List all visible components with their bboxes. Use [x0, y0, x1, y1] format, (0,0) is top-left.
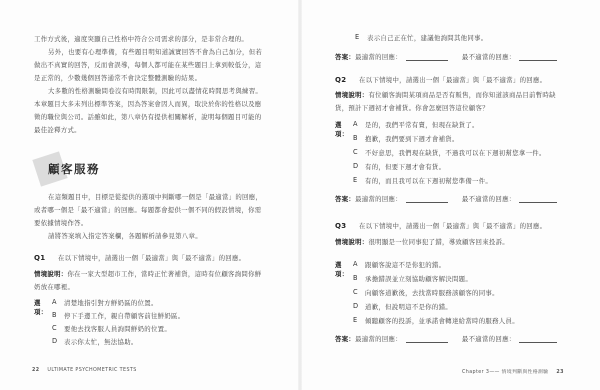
best-label: 最適當的回應：: [355, 194, 402, 203]
answer-label: 答案：: [335, 52, 355, 61]
best-label: 最適當的回應：: [355, 52, 402, 61]
q2-option-d: D 有的，但要下週才會有貨。: [353, 162, 445, 171]
q3-scenario-text: 很明顯是一位同事犯了錯，導致顧客回來投訴。: [368, 238, 509, 246]
option-text: 表示你太忙，無法協助。: [64, 337, 138, 346]
book-spread: 工作方式後，適度突顯自己性格中符合公司需求的部分，是非常合理的。 另外，也要有心…: [0, 0, 600, 390]
option-letter: B: [52, 311, 64, 320]
q3-option-e: E 傾聽顧客的投訴，並承諾會轉達給當時的服務人員。: [353, 316, 519, 325]
option-letter: D: [353, 162, 365, 171]
worst-answer-blank[interactable]: [519, 197, 557, 203]
option-text: 道歉，但說明這不是你的錯。: [365, 302, 452, 311]
q3-prompt: 在以下情境中，請選出一個「最適當」與「最不適當」的回應。: [359, 221, 546, 230]
q3-option-d: D 道歉，但說明這不是你的錯。: [353, 302, 452, 311]
q2-prompt-row: Q2 在以下情境中，請選出一個「最適當」與「最不適當」的回應。: [335, 75, 575, 84]
option-text: 抱歉，我們要到下週才會補貨。: [365, 134, 459, 143]
q2-scenario: 情境說明：有位顧客詢問某項商品是否有販售，而你知道該商品目前暫時缺貨，預計下週初…: [335, 89, 567, 115]
q3-option-b: B 承擔錯誤並立刻協助顧客解決問題。: [353, 274, 472, 283]
best-answer-blank[interactable]: [406, 197, 448, 203]
option-text: 不好意思，我們現在缺貨，不過我可以在下週初幫您拿一件。: [365, 148, 546, 157]
option-letter: C: [353, 148, 365, 157]
worst-label: 最不適當的回應：: [462, 52, 516, 61]
option-text: 有的，而且我可以在下週初幫您準備一件。: [365, 176, 492, 185]
running-title: ULTIMATE PSYCHOMETRIC TESTS: [47, 368, 136, 373]
page-number: 23: [556, 370, 563, 375]
section-title: 顧客服務: [48, 161, 100, 177]
left-footer: 22 ULTIMATE PSYCHOMETRIC TESTS: [32, 368, 137, 373]
intro-paragraph-3: 大多數的性格測驗問卷沒有時間限制，因此可以盡情花時間思考與練習。本章題目大多未列…: [34, 85, 266, 137]
q2-options-label: 選項：: [335, 120, 353, 138]
q2-answer-row: 答案： 最適當的回應： 最不適當的回應：: [335, 194, 557, 203]
q3-option-c: C 向顧客道歉後，去找當時服務該顧客的同事。: [353, 288, 499, 297]
q2-scenario-text: 有位顧客詢問某項商品是否有販售，而你知道該商品目前暫時缺貨，預計下週初才會補貨。…: [335, 91, 556, 112]
q1-prompt: 在以下情境中，請選出一個「最適當」與「最不適當」的回應。: [58, 253, 245, 262]
q2-option-b: B 抱歉，我們要到下週才會補貨。: [353, 134, 459, 143]
q3-scenario-label: 情境說明：: [335, 238, 368, 246]
right-page: E 表示自己正在忙，建議他詢問其他同事。 答案： 最適當的回應： 最不適當的回應…: [302, 0, 600, 390]
q1-prompt-row: Q1 在以下情境中，請選出一個「最適當」與「最不適當」的回應。: [34, 253, 274, 262]
q1-scenario-label: 情境說明：: [34, 270, 67, 278]
intro-paragraph-1: 工作方式後，適度突顯自己性格中符合公司需求的部分，是非常合理的。: [34, 33, 266, 46]
q1-option-d: D 表示你太忙，無法協助。: [52, 337, 138, 346]
option-letter: B: [353, 274, 365, 283]
q1-option-e: E 表示自己正在忙，建議他詢問其他同事。: [355, 33, 487, 42]
option-letter: E: [353, 316, 365, 325]
right-footer: Chapter 3—— 情境判斷與性格測驗 23: [462, 368, 570, 375]
q2-option-e: E 有的，而且我可以在下週初幫您準備一件。: [353, 176, 492, 185]
option-letter: D: [52, 337, 64, 346]
q1-option-b: B 停下手邊工作，親自帶顧客前往鮮奶區。: [52, 311, 184, 320]
option-letter: C: [353, 288, 365, 297]
worst-label: 最不適當的回應：: [462, 334, 516, 343]
q1-number: Q1: [34, 254, 58, 262]
best-answer-blank[interactable]: [406, 55, 448, 61]
q1-option-c: C 要他去找客服人員詢問鮮奶的位置。: [52, 324, 171, 333]
option-letter: D: [353, 302, 365, 311]
worst-answer-blank[interactable]: [519, 337, 557, 343]
q2-scenario-label: 情境說明：: [335, 91, 368, 99]
option-letter: C: [52, 324, 64, 333]
q3-options-label: 選項：: [335, 260, 353, 278]
q3-scenario: 情境說明：很明顯是一位同事犯了錯，導致顧客回來投訴。: [335, 236, 567, 249]
q1-options-label: 選項：: [34, 298, 52, 316]
option-letter: B: [353, 134, 365, 143]
page-number: 22: [32, 368, 39, 373]
option-letter: E: [353, 176, 365, 185]
q1-scenario-text: 你在一家大型超市工作，當時正忙著補貨，這時有位顧客詢問你鮮奶放在哪裡。: [34, 270, 261, 291]
option-letter: E: [355, 33, 367, 42]
answer-label: 答案：: [335, 194, 355, 203]
worst-label: 最不適當的回應：: [462, 194, 516, 203]
option-text: 承擔錯誤並立刻協助顧客解決問題。: [365, 274, 472, 283]
intro-paragraph-2: 另外，也要有心理準備，有些題目明知道誠實回答不會為自己加分，但若做出不真實的回答…: [34, 46, 266, 85]
option-text: 停下手邊工作，親自帶顧客前往鮮奶區。: [64, 311, 184, 320]
option-text: 傾聽顧客的投訴，並承諾會轉達給當時的服務人員。: [365, 316, 519, 325]
left-page: 工作方式後，適度突顯自己性格中符合公司需求的部分，是非常合理的。 另外，也要有心…: [0, 0, 298, 390]
answer-label: 答案：: [335, 334, 355, 343]
q1-answer-row: 答案： 最適當的回應： 最不適當的回應：: [335, 52, 557, 61]
running-title: Chapter 3—— 情境判斷與性格測驗: [462, 370, 548, 375]
q2-prompt: 在以下情境中，請選出一個「最適當」與「最不適當」的回應。: [359, 75, 546, 84]
section-heading: 顧客服務: [28, 155, 148, 195]
best-label: 最適當的回應：: [355, 334, 402, 343]
q1-scenario: 情境說明：你在一家大型超市工作，當時正忙著補貨，這時有位顧客詢問你鮮奶放在哪裡。: [34, 268, 266, 294]
section-paragraph-1: 在這類題目中，目標是從提供的選項中判斷哪一個是「最適當」的回應，或者哪一個是「最…: [34, 191, 266, 230]
q3-answer-row: 答案： 最適當的回應： 最不適當的回應：: [335, 334, 557, 343]
q3-number: Q3: [335, 222, 359, 230]
q2-option-c: C 不好意思，我們現在缺貨，不過我可以在下週初幫您拿一件。: [353, 148, 546, 157]
option-text: 向顧客道歉後，去找當時服務該顧客的同事。: [365, 288, 499, 297]
option-text: 有的，但要下週才會有貨。: [365, 162, 445, 171]
q2-number: Q2: [335, 76, 359, 84]
section-paragraph-2: 請將答案填入指定答案欄，各題解析請參見第八章。: [34, 230, 266, 243]
option-text: 要他去找客服人員詢問鮮奶的位置。: [64, 324, 171, 333]
best-answer-blank[interactable]: [406, 337, 448, 343]
worst-answer-blank[interactable]: [519, 55, 557, 61]
option-text: 表示自己正在忙，建議他詢問其他同事。: [367, 33, 487, 42]
q3-prompt-row: Q3 在以下情境中，請選出一個「最適當」與「最不適當」的回應。: [335, 221, 575, 230]
